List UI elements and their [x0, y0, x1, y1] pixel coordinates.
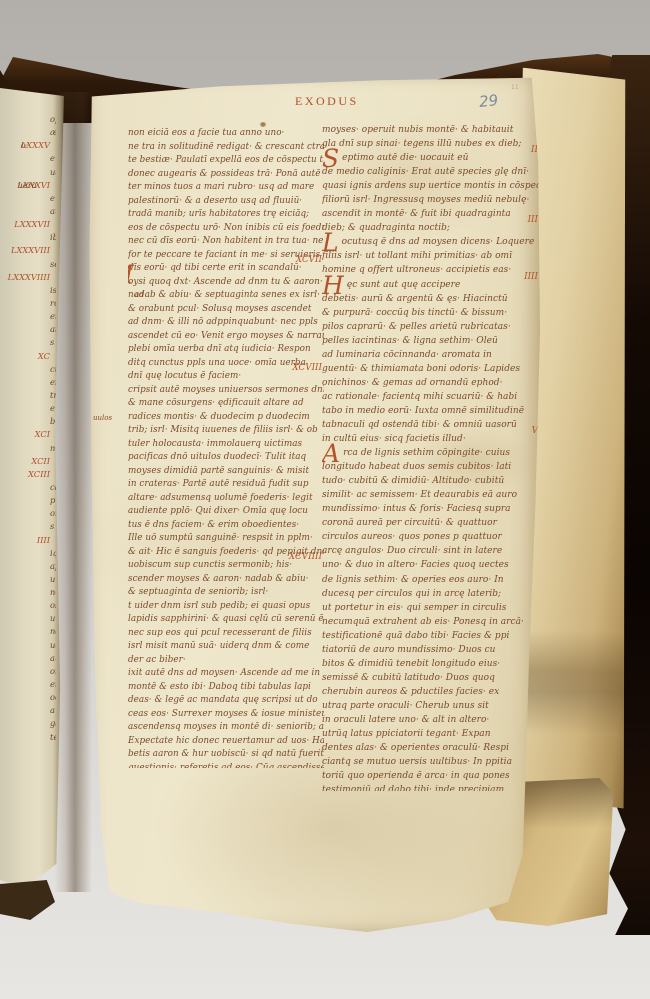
- verso-fragment-line: preparaui: [0, 495, 56, 508]
- text-line: ne tra in solitudinē redigat· & crescant…: [128, 134, 324, 148]
- text-line: dieb; & quadraginta noctib;III: [322, 215, 540, 229]
- text-line: non eiciā eos a facie tua anno uno·: [128, 120, 324, 134]
- text-line: nec cū dīs eorū· Non habitent in tra tua…: [128, 228, 324, 242]
- verso-fragment-line: LXXXVIII: [0, 245, 56, 258]
- verso-fragment-line: neū: [0, 587, 56, 600]
- text-line: tabo in medio eorū· Iuxta omnē similitud…: [322, 398, 540, 412]
- text-line: eos de cōspectu urō· Non inibis cū eis f…: [128, 215, 324, 229]
- text-line: nadab & abiu· & septuaginta senes ex isr…: [128, 282, 324, 296]
- text-line: filiorū isrl· Ingressusq moyses mediū ne…: [322, 187, 540, 201]
- text-line: filiis isrl· ut tollant mihi primitias· …: [322, 243, 540, 257]
- verso-fragment-line: æ agy: [0, 127, 56, 140]
- text-line: & orabunt pcul· Solusq moyses ascendet: [128, 296, 324, 310]
- fragment-numeral: LXXXVII: [14, 219, 50, 229]
- text-line: Et uider dnm isrl sub pedib; ei quasi op…: [128, 593, 324, 607]
- text-line: uobiscum sup cunctis sermonib; his·XCVII…: [128, 552, 324, 566]
- text-line: similit· ac semissem· Et deaurabis eā au…: [322, 482, 540, 496]
- illuminated-initial: S: [322, 149, 339, 169]
- text-line: quasi ignis ardens sup uertice montis in…: [322, 173, 540, 187]
- text-line: betis aaron & hur uobiscū· si qd natū fu…: [128, 741, 324, 755]
- text-line: tus ē dns faciem· & erim oboedientes·: [128, 512, 324, 526]
- verso-fragments: opliuiæ agyo·LXXXVe cessabisucrescituera…: [0, 114, 56, 745]
- text-line: plebi omīa uerba dnī atq iudicia· Respon: [128, 336, 324, 350]
- marginal-gloss: uulos: [93, 414, 112, 422]
- line-text: questionis· referetis ad eos· Cūq ascend…: [128, 763, 324, 769]
- verso-fragment-line: ndes: [0, 626, 56, 639]
- fragment-numeral: XC: [38, 351, 50, 361]
- text-line: & mane cōsurgens· ędificauit altare ad: [128, 390, 324, 404]
- text-line: Scripsit autē moyses uniuersos sermones …: [128, 377, 324, 391]
- chapter-numeral: II: [531, 145, 538, 155]
- verso-fragment-line: e cessabis: [0, 153, 56, 166]
- verso-fragment-line: ga: [0, 718, 56, 731]
- text-line: questionis· referetis ad eos· Cūq ascend…: [128, 755, 324, 769]
- text-line: radices montis· & duodecim p duodecim: [128, 404, 324, 418]
- marginal-gloss: ad: [135, 291, 144, 299]
- text-line: altare· adsumensq uolumē foederis· legit: [128, 485, 324, 499]
- chapter-numeral: V: [532, 426, 538, 436]
- verso-fragment-line: uera·LXXXVI: [0, 180, 56, 193]
- line-text: testimoniū qd dabo tibi· inde precipiam: [322, 785, 504, 791]
- chapter-numeral: III: [528, 215, 538, 225]
- text-line: moyses dimidiā partē sanguinis· & misit: [128, 458, 324, 472]
- text-line: ascendensq moyses in montē di· seniorib;…: [128, 714, 324, 728]
- text-line: tradā manib; urīs habitatores trę eiciāq…: [128, 201, 324, 215]
- text-line: lapidis sapphirini· & quasi cęlū cū sere…: [128, 606, 324, 620]
- verso-fragment-line: ucrescit: [0, 167, 56, 180]
- text-line: in oraculi latere uno· & alt in altero·: [322, 707, 540, 721]
- text-line: Arca de lignis sethim cōpingite· cuius: [322, 440, 540, 454]
- verso-fragment-line: bit adepr: [0, 416, 56, 429]
- text-line: isrl misit manū suā· uiderq dnm & come: [128, 633, 324, 647]
- text-line: tuler holocausta· immolauerq uictimas: [128, 431, 324, 445]
- verso-fragment-line: e pnom: [0, 193, 56, 206]
- text-line: dīs eorū· qd tibi certe erit in scandalū…: [128, 255, 324, 269]
- text-line: Ascender moyses & aaron· nadab & abiu·: [128, 566, 324, 580]
- chapter-numeral: IIII: [524, 272, 538, 282]
- verso-fragment-line: untero: [0, 574, 56, 587]
- text-line: Dixit autē dns ad moysen· Ascende ad me …: [128, 660, 324, 674]
- verso-fragment-line: aquis: [0, 653, 56, 666]
- text-line: de medio caliginis· Erat autē species gl…: [322, 159, 540, 173]
- text-line: for te peccare te faciant in me· si seru…: [128, 242, 324, 256]
- photo-backdrop: opliuiæ agyo·LXXXVe cessabisucrescituera…: [0, 0, 650, 999]
- text-line: testimoniū qd dabo tibi· inde precipiam: [322, 777, 540, 791]
- text-line: in cultū eius· sicq facietis illud·V: [322, 426, 540, 440]
- text-line: deas· & legē ac mandata quę scripsi ut d…: [128, 687, 324, 701]
- verso-fragment-line: s fruges: [0, 337, 56, 350]
- manuscript-column-right: moyses· operuit nubis montē· & habitauit…: [322, 117, 540, 791]
- text-line: onichinos· & gemas ad ornandū ephod·: [322, 370, 540, 384]
- text-line: cherubin aureos & pductiles facies· ex: [322, 679, 540, 693]
- verso-fragment-line: culmi cū: [0, 364, 56, 377]
- verso-fragment-line: isse et de: [0, 285, 56, 298]
- verso-fragment-line: ibi festa: [0, 232, 56, 245]
- text-line: Expectate hic donec reuertamur ad uos· H…: [128, 728, 324, 742]
- text-line: & septuaginta de seniorib; isrl·: [128, 579, 324, 593]
- illuminated-initial: A: [322, 444, 340, 464]
- text-line: mundissimo· intus & foris· Faciesq supra: [322, 496, 540, 510]
- text-line: toriū quo operienda ē arca· in qua pones: [322, 763, 540, 777]
- text-line: te bestiæ· Paulatī expellā eos de cōspec…: [128, 147, 324, 161]
- verso-fragment-line: n domū: [0, 443, 56, 456]
- text-line: montē & esto ibi· Daboq tibi tabulas lap…: [128, 674, 324, 688]
- verso-fragment-line: onen: [0, 508, 56, 521]
- text-line: ditq cunctus ppls una uoce· omīa uerba: [128, 350, 324, 364]
- text-line: ad dnm· & illi nō adppinquabunt· nec ppl…: [128, 309, 324, 323]
- text-line: utraq parte oraculi· Cherub unus sit: [322, 693, 540, 707]
- chapter-numeral: XCVII: [296, 255, 322, 265]
- text-line: tudo· cubitū & dimidiū· Altitudo· cubitū: [322, 468, 540, 482]
- verso-fragment-line: XCI: [0, 429, 56, 442]
- text-line: tiatoriū de auro mundissimo· Duos cu: [322, 637, 540, 651]
- text-line: testificationē quā dabo tibi· Facies & p…: [322, 623, 540, 637]
- text-line: Moysi quoq dxt· Ascende ad dnm tu & aaro…: [128, 269, 324, 283]
- main-page: EXODUS 29 11 non eiciā eos a facie tua a…: [85, 76, 540, 932]
- verso-fragment-line: ique: [0, 548, 56, 561]
- verso-fragment-line: os ego: [0, 600, 56, 613]
- verso-fragment-line: er meo: [0, 403, 56, 416]
- text-line: der ac biber·: [128, 647, 324, 661]
- text-line: ascendit in montē· & fuit ibi quadragint…: [322, 201, 540, 215]
- text-line: palestinorū· & a deserto usq ad fluuiū·: [128, 188, 324, 202]
- text-line: bitos & dimidiū tenebit longitudo eius·: [322, 651, 540, 665]
- text-line: debetis· aurū & argentū & ęs· Hiacinctū: [322, 286, 540, 300]
- folio-number: 29: [478, 91, 499, 111]
- text-line: Hęc sunt aut quę accipereIIII: [322, 272, 540, 286]
- text-line: & ait· Hic ē sanguis foederis· qd pepigi…: [128, 539, 324, 553]
- verso-fragment-line: affligā: [0, 561, 56, 574]
- illuminated-initial: M: [128, 265, 134, 285]
- text-line: pilos caprarū· & pelles arietū rubricata…: [322, 314, 540, 328]
- manuscript-column-left: non eiciā eos a facie tua anno uno·ne tr…: [128, 120, 324, 768]
- fragment-text: uera·: [18, 180, 40, 190]
- text-line: pacificas dnō uitulos duodecī· Tulit ita…: [128, 444, 324, 458]
- fragment-numeral: LXXXVIIII: [8, 272, 50, 282]
- running-title: EXODUS: [295, 94, 359, 109]
- fragment-numeral: XCII: [31, 456, 50, 466]
- fragment-text: o·: [21, 140, 29, 150]
- verso-fragment-line: septē dieb.: [0, 259, 56, 272]
- text-line: ut portetur in eis· qui semper in circul…: [322, 595, 540, 609]
- text-line: ad luminaria cōcinnanda· aromata in: [322, 342, 540, 356]
- verso-fragment-line: opliui: [0, 114, 56, 127]
- text-line: semissē & cubitū latitudo· Duos quoq: [322, 665, 540, 679]
- text-line: dentes alas· & operientes oraculū· Respi: [322, 735, 540, 749]
- fragment-numeral: LXXXVIII: [11, 245, 50, 255]
- verso-fragment-line: er meo: [0, 377, 56, 390]
- fragment-numeral: XCI: [35, 429, 50, 439]
- text-line: Locutusq ē dns ad moysen dicens· Loquere: [322, 229, 540, 243]
- verso-fragment-line: causto: [0, 482, 56, 495]
- text-line: donec augearis & possideas trā· Ponā aut…: [128, 161, 324, 175]
- text-line: coronā aureā per circuitū· & quattuor: [322, 510, 540, 524]
- text-line: ter minos tuos a mari rubro· usq ad mare: [128, 174, 324, 188]
- verso-fragment-line: ro uacuus: [0, 298, 56, 311]
- text-line: homine q offert ultroneus· accipietis ea…: [322, 257, 540, 271]
- verso-fragment-line: te: [0, 732, 56, 745]
- corner-mark: 11: [511, 84, 519, 91]
- verso-fragment-line: XCII: [0, 456, 56, 469]
- verso-fragment-line: LXXXVIIII: [0, 272, 56, 285]
- verso-fragment-line: ate qq.: [0, 324, 56, 337]
- text-line: necumquā extrahent ab eis· Ponesq in arc…: [322, 609, 540, 623]
- text-line: de lignis sethim· & operies eos auro· In: [322, 567, 540, 581]
- text-line: dnī quę locutus ē faciem·XCVIII: [128, 363, 324, 377]
- text-line: ciantq se mutuo uersis uultibus· In ppit…: [322, 749, 540, 763]
- text-line: moyses· operuit nubis montē· & habitauit: [322, 117, 540, 131]
- verso-fragment-line: uq: [0, 613, 56, 626]
- text-line: pelles iacintinas· & ligna sethim· Oleū: [322, 328, 540, 342]
- text-line: ascendet cū eo· Venit ergo moyses & narr…: [128, 323, 324, 337]
- text-line: ducesq per circulos qui in arcę laterib;: [322, 581, 540, 595]
- verso-fragment-line: audietur: [0, 206, 56, 219]
- verso-fragment-line: eris cū: [0, 311, 56, 324]
- text-line: ac rationale· facientq mihi scuariū· & h…: [322, 384, 540, 398]
- text-line: uno· & duo in altero· Facies quoq uectes: [322, 552, 540, 566]
- text-line: & purpurā· coccūq bis tinctū· & bissum·: [322, 300, 540, 314]
- verso-fragment-line: XC: [0, 351, 56, 364]
- verso-fragment-line: s ecē: [0, 521, 56, 534]
- text-line: audiente pplō· Qui dixer· Omīa quę locu: [128, 498, 324, 512]
- text-line: ceas eos· Surrexer moyses & iosue minist…: [128, 701, 324, 715]
- bottom-left-shadow: [0, 880, 55, 920]
- verso-fragment-line: erū: [0, 679, 56, 692]
- verso-fragment-line: onent: [0, 666, 56, 679]
- text-line: in crateras· Partē autē residuā fudit su…: [128, 471, 324, 485]
- text-line: nec sup eos qui pcul recesserant de fili…: [128, 620, 324, 634]
- chapter-numeral: XCVIIII: [289, 552, 322, 562]
- verso-fragment-line: trade: [0, 390, 56, 403]
- text-line: Ille uō sumptū sanguinē· respsit in pplm…: [128, 525, 324, 539]
- verso-fragment-line: LXXXVII: [0, 219, 56, 232]
- text-line: utrūq latus ppiciatorii tegant· Expan: [322, 721, 540, 735]
- text-line: tabnaculi qd ostendā tibi· & omniū uasor…: [322, 412, 540, 426]
- verso-fragment-line: o·LXXXV: [0, 140, 56, 153]
- fragment-numeral: IIII: [37, 535, 50, 545]
- verso-fragment-line: oc: [0, 692, 56, 705]
- text-line: longitudo habeat duos semis cubitos· lat…: [322, 454, 540, 468]
- text-line: gla dnī sup sinai· tegens illū nubes ex …: [322, 131, 540, 145]
- text-line: trib; isrl· Misitq iuuenes de filiis isr…: [128, 417, 324, 431]
- text-line: arcę angulos· Duo circuli· sint in later…: [322, 538, 540, 552]
- gutter-shadow: [54, 92, 92, 892]
- fragment-numeral: XCIII: [28, 469, 50, 479]
- verso-fragment-line: XCIII: [0, 469, 56, 482]
- illuminated-initial: H: [322, 276, 344, 296]
- text-line: circulos aureos· quos pones p quattuor: [322, 524, 540, 538]
- text-line: Septimo autē die· uocauit eūII: [322, 145, 540, 159]
- verso-fragment-line: a: [0, 705, 56, 718]
- text-line: guentū· & thimiamata boni odoris· Lapide…: [322, 356, 540, 370]
- illuminated-initial: L: [322, 233, 339, 253]
- chapter-numeral: XCVIII: [292, 363, 322, 373]
- verso-fragment-line: IIII: [0, 535, 56, 548]
- verso-fragment-line: uetisq: [0, 640, 56, 653]
